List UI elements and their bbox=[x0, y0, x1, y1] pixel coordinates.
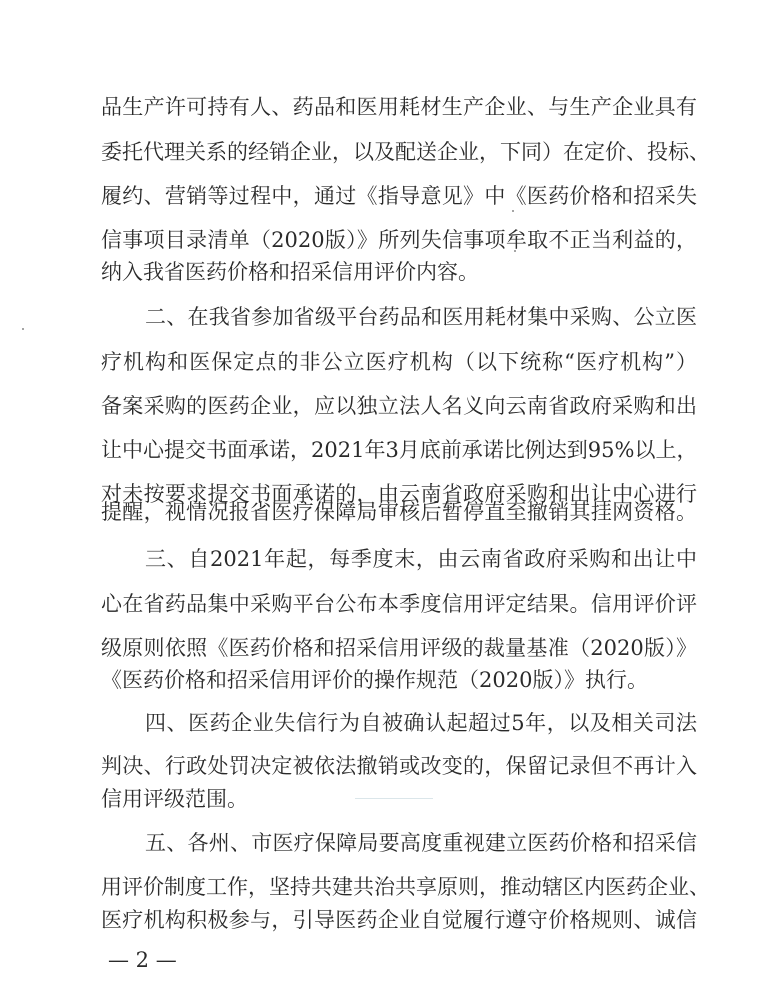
scan-mark bbox=[355, 798, 433, 799]
text-line: 让中心提交书面承诺，2021年3月底前承诺比例达到95%以上， bbox=[101, 436, 697, 464]
text-line: 用评价制度工作，坚持共建共治共享原则，推动辖区内医药企业、 bbox=[101, 873, 697, 901]
text-line: 信事项目录清单（2020版）》所列失信事项牟取不正当利益的， bbox=[101, 226, 697, 254]
scan-speck bbox=[514, 250, 516, 252]
text-line: 委托代理关系的经销企业，以及配送企业，下同）在定价、投标、 bbox=[101, 138, 697, 166]
document-page: 品生产许可持有人、药品和医用耗材生产企业、与生产企业具有 委托代理关系的经销企业… bbox=[0, 0, 773, 997]
page-number: — 2 — bbox=[108, 946, 177, 974]
paragraph-2-first-line: 二、在我省参加省级平台药品和医用耗材集中采购、公立医 bbox=[145, 303, 697, 331]
text-line: 提醒，视情况报省医疗保障局审核后暂停直至撤销其挂网资格。 bbox=[101, 498, 697, 526]
text-line: 《医药价格和招采信用评价的操作规范（2020版）》执行。 bbox=[101, 666, 648, 694]
scan-speck bbox=[22, 328, 24, 330]
text-line: 疗机构和医保定点的非公立医疗机构（以下统称“医疗机构”） bbox=[101, 348, 697, 376]
text-line: 判决、行政处罚决定被依法撤销或改变的，保留记录但不再计入 bbox=[101, 752, 697, 780]
text-line: 级原则依照《医药价格和招采信用评级的裁量基准（2020版）》 bbox=[101, 634, 697, 662]
paragraph-3-first-line: 三、自2021年起，每季度末，由云南省政府采购和出让中 bbox=[145, 545, 697, 573]
text-line: 医疗机构积极参与，引导医药企业自觉履行遵守价格规则、诚信 bbox=[101, 906, 697, 934]
text-line: 心在省药品集中采购平台公布本季度信用评定结果。信用评价评 bbox=[101, 590, 697, 618]
paragraph-4-first-line: 四、医药企业失信行为自被确认起超过5年，以及相关司法 bbox=[145, 709, 697, 737]
text-line: 履约、营销等过程中，通过《指导意见》中《医药价格和招采失 bbox=[101, 182, 697, 210]
scan-speck bbox=[512, 210, 514, 212]
scan-speck bbox=[506, 915, 508, 917]
text-line: 备案采购的医药企业，应以独立法人名义向云南省政府采购和出 bbox=[101, 392, 697, 420]
text-line: 纳入我省医药价格和招采信用评价内容。 bbox=[101, 258, 479, 286]
paragraph-5-first-line: 五、各州、市医疗保障局要高度重视建立医药价格和招采信 bbox=[145, 829, 697, 857]
text-line: 品生产许可持有人、药品和医用耗材生产企业、与生产企业具有 bbox=[101, 93, 697, 121]
text-line: 信用评级范围。 bbox=[101, 785, 248, 813]
